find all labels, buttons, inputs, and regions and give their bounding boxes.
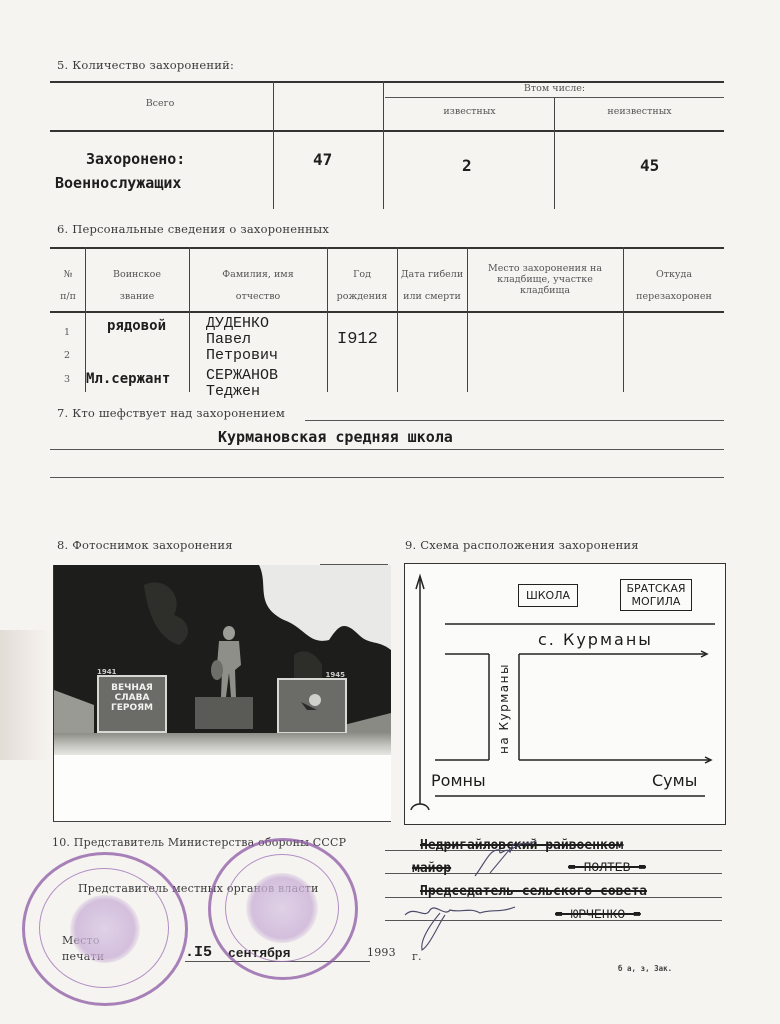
signature-mod — [470, 838, 540, 878]
total-value: 47 — [313, 150, 332, 169]
round-stamp-military-commissariat — [208, 838, 358, 980]
header-total: Всего — [50, 98, 270, 109]
divider — [50, 130, 724, 132]
mass-grave-box: БРАТСКАЯ МОГИЛА — [620, 579, 692, 611]
west-label: Ромны — [431, 771, 486, 790]
patron-value: Курмановская средняя школа — [218, 428, 453, 446]
round-stamp-village-council — [22, 852, 188, 1006]
header-known: известных — [385, 106, 554, 117]
section7-title: 7. Кто шефствует над захоронением — [57, 406, 285, 420]
section9-title: 9. Схема расположения захоронения — [405, 538, 639, 552]
location-scheme: ШКОЛА БРАТСКАЯ МОГИЛА с. Курманы на Курм… — [404, 563, 726, 825]
memorial-slab-left: 1941 ВЕЧНАЯ СЛАВА ГЕРОЯМ — [97, 675, 167, 733]
section6-title: 6. Персональные сведения о захороненных — [57, 222, 329, 236]
mod-name: = ПОЛТЕВ = — [568, 860, 646, 875]
school-box: ШКОЛА — [518, 584, 578, 607]
order-emblem-icon — [297, 692, 327, 712]
divider — [273, 81, 274, 209]
road-label: на Курманы — [497, 663, 511, 754]
buried-label: Захоронено: — [86, 150, 185, 168]
section5-title: 5. Количество захоронений: — [57, 58, 234, 72]
state-emblem-icon — [246, 873, 318, 943]
divider — [50, 477, 724, 478]
signature-local — [400, 895, 540, 955]
row-names: ДУДЕНКО Павел Петрович СЕРЖАНОВ Теджен — [206, 316, 278, 400]
east-label: Сумы — [652, 771, 697, 790]
known-value: 2 — [462, 156, 472, 175]
col-rank-header: Воинскоезвание — [86, 264, 188, 308]
row-num-1: 1 — [64, 327, 70, 338]
memorial-photo: 1941 ВЕЧНАЯ СЛАВА ГЕРОЯМ 1945 — [53, 565, 391, 822]
unknown-value: 45 — [640, 156, 659, 175]
col-place-header: Место захоронения накладбище, участкекла… — [468, 263, 622, 296]
row-rank-3: Мл.сержант — [86, 371, 170, 387]
statue-figure — [209, 625, 244, 700]
header-including: Втом числе: — [385, 83, 724, 94]
header-unknown: неизвестных — [555, 106, 724, 117]
print-mark: б а, з, Зак. — [618, 964, 672, 973]
servicemen-label: Военнослужащих — [55, 174, 181, 192]
divider — [50, 449, 724, 450]
col-origin-header: Откудаперезахоронен — [624, 264, 724, 308]
state-emblem-icon — [70, 895, 140, 963]
row-birth-year-1: I912 — [337, 330, 378, 349]
col-num-header: №п/п — [52, 264, 84, 308]
pedestal — [195, 697, 253, 729]
divider — [383, 81, 384, 209]
village-label: с. Курманы — [538, 630, 653, 649]
col-birth-header: Годрождения — [328, 264, 396, 308]
local-name: = ЮРЧЕНКО = — [555, 907, 641, 922]
col-name-header: Фамилия, имяотчество — [190, 264, 326, 308]
row-rank-1: рядовой — [107, 318, 166, 334]
row-num-3: 3 — [64, 374, 70, 385]
divider — [305, 420, 724, 421]
row-num-2: 2 — [64, 350, 70, 361]
memorial-slab-right: 1945 — [277, 678, 347, 734]
date-day: .I5 — [185, 944, 212, 961]
mod-rank: майор — [412, 861, 451, 876]
scan-artifact — [0, 630, 52, 760]
date-year: 1993 — [367, 946, 396, 959]
section8-title: 8. Фотоснимок захоронения — [57, 538, 233, 552]
col-death-header: Дата гибелиили смерти — [398, 264, 466, 308]
